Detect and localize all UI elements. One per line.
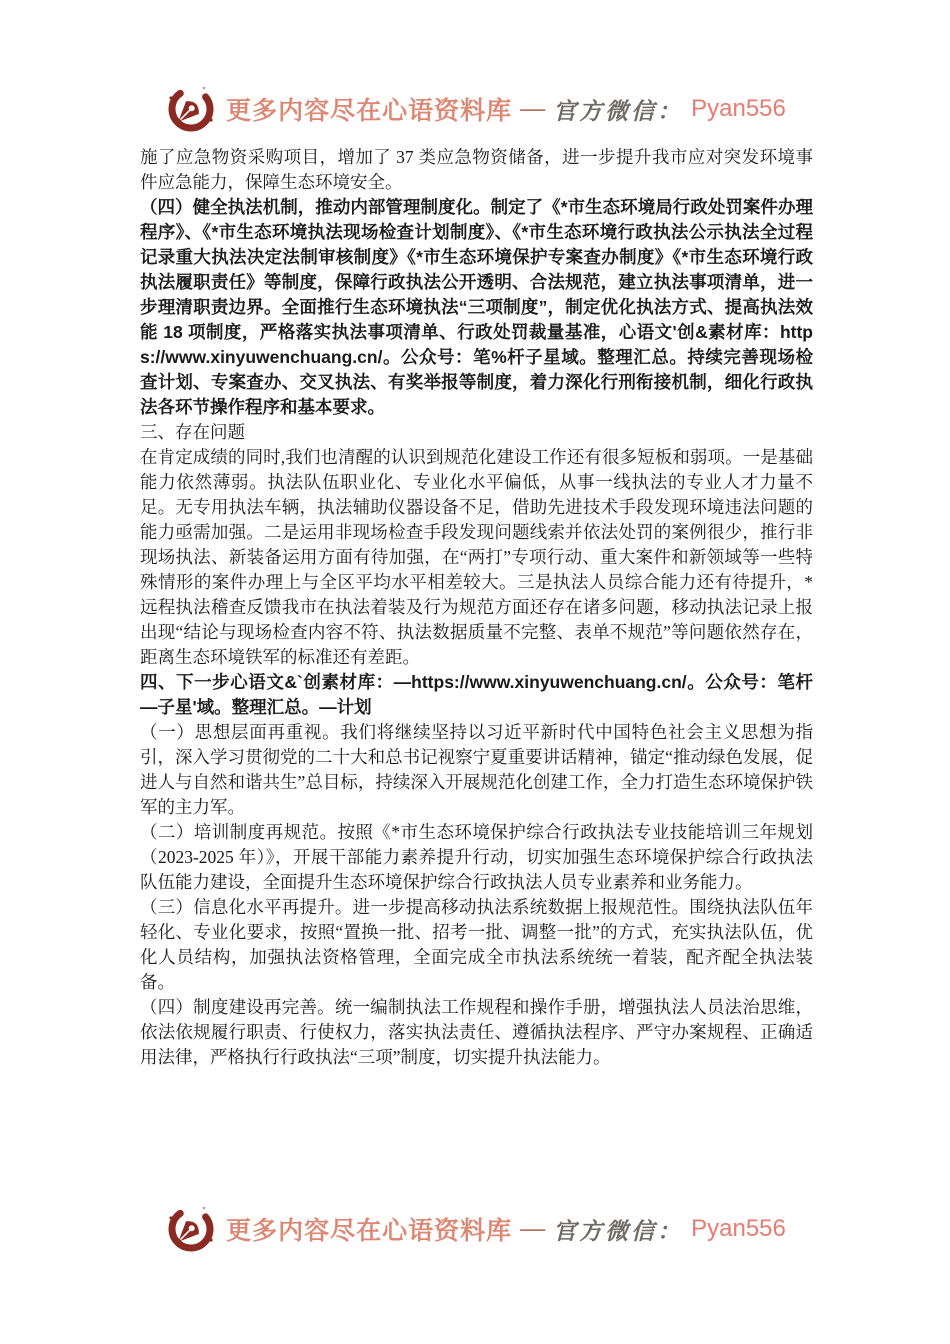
paragraph-problems: 在肯定成绩的同时,我们也清醒的认识到规范化建设工作还有很多短板和弱项。一是基础能… [140, 445, 813, 670]
paragraph-section-2-4: （四）健全执法机制，推动内部管理制度化。制定了《*市生态环境局行政处罚案件办理程… [140, 195, 813, 420]
watermark-wechat-id: Pyan556 [691, 95, 786, 123]
paragraph-plan-4: （四）制度建设再完善。统一编制执法工作规程和操作手册，增强执法人员法治思维，依法… [140, 995, 813, 1070]
footer-watermark: 更多内容尽在心语资料库—官方微信： Pyan556 [0, 1202, 950, 1256]
watermark-text: 更多内容尽在心语资料库 [226, 91, 512, 127]
watermark-wechat-label: 官方微信： [553, 93, 683, 126]
pen-nib-logo-icon [164, 1202, 218, 1256]
paragraph-continuation: 施了应急物资采购项目，增加了 37 类应急物资储备，进一步提升我市应对突发环境事… [140, 145, 813, 195]
document-page: 更多内容尽在心语资料库—官方微信： Pyan556 施了应急物资采购项目，增加了… [0, 0, 950, 1344]
watermark-wechat-label: 官方微信： [553, 1213, 683, 1246]
watermark-dash: — [520, 95, 545, 123]
paragraph-plan-1: （一）思想层面再重视。我们将继续坚持以习近平新时代中国特色社会主义思想为指引，深… [140, 720, 813, 820]
heading-section-3: 三、存在问题 [140, 420, 813, 445]
watermark-text: 更多内容尽在心语资料库 [226, 1211, 512, 1247]
heading-section-4: 四、下一步心语文&`创素材库：—https://www.xinyuwenchua… [140, 670, 813, 720]
header-watermark: 更多内容尽在心语资料库—官方微信： Pyan556 [0, 82, 950, 136]
paragraph-plan-3: （三）信息化水平再提升。进一步提高移动执法系统数据上报规范性。围绕执法队伍年轻化… [140, 895, 813, 995]
watermark-dash: — [520, 1215, 545, 1243]
pen-nib-logo-icon [164, 82, 218, 136]
watermark-wechat-id: Pyan556 [691, 1215, 786, 1243]
paragraph-plan-2: （二）培训制度再规范。按照《*市生态环境保护综合行政执法专业技能培训三年规划（2… [140, 820, 813, 895]
document-body: 施了应急物资采购项目，增加了 37 类应急物资储备，进一步提升我市应对突发环境事… [140, 145, 813, 1070]
